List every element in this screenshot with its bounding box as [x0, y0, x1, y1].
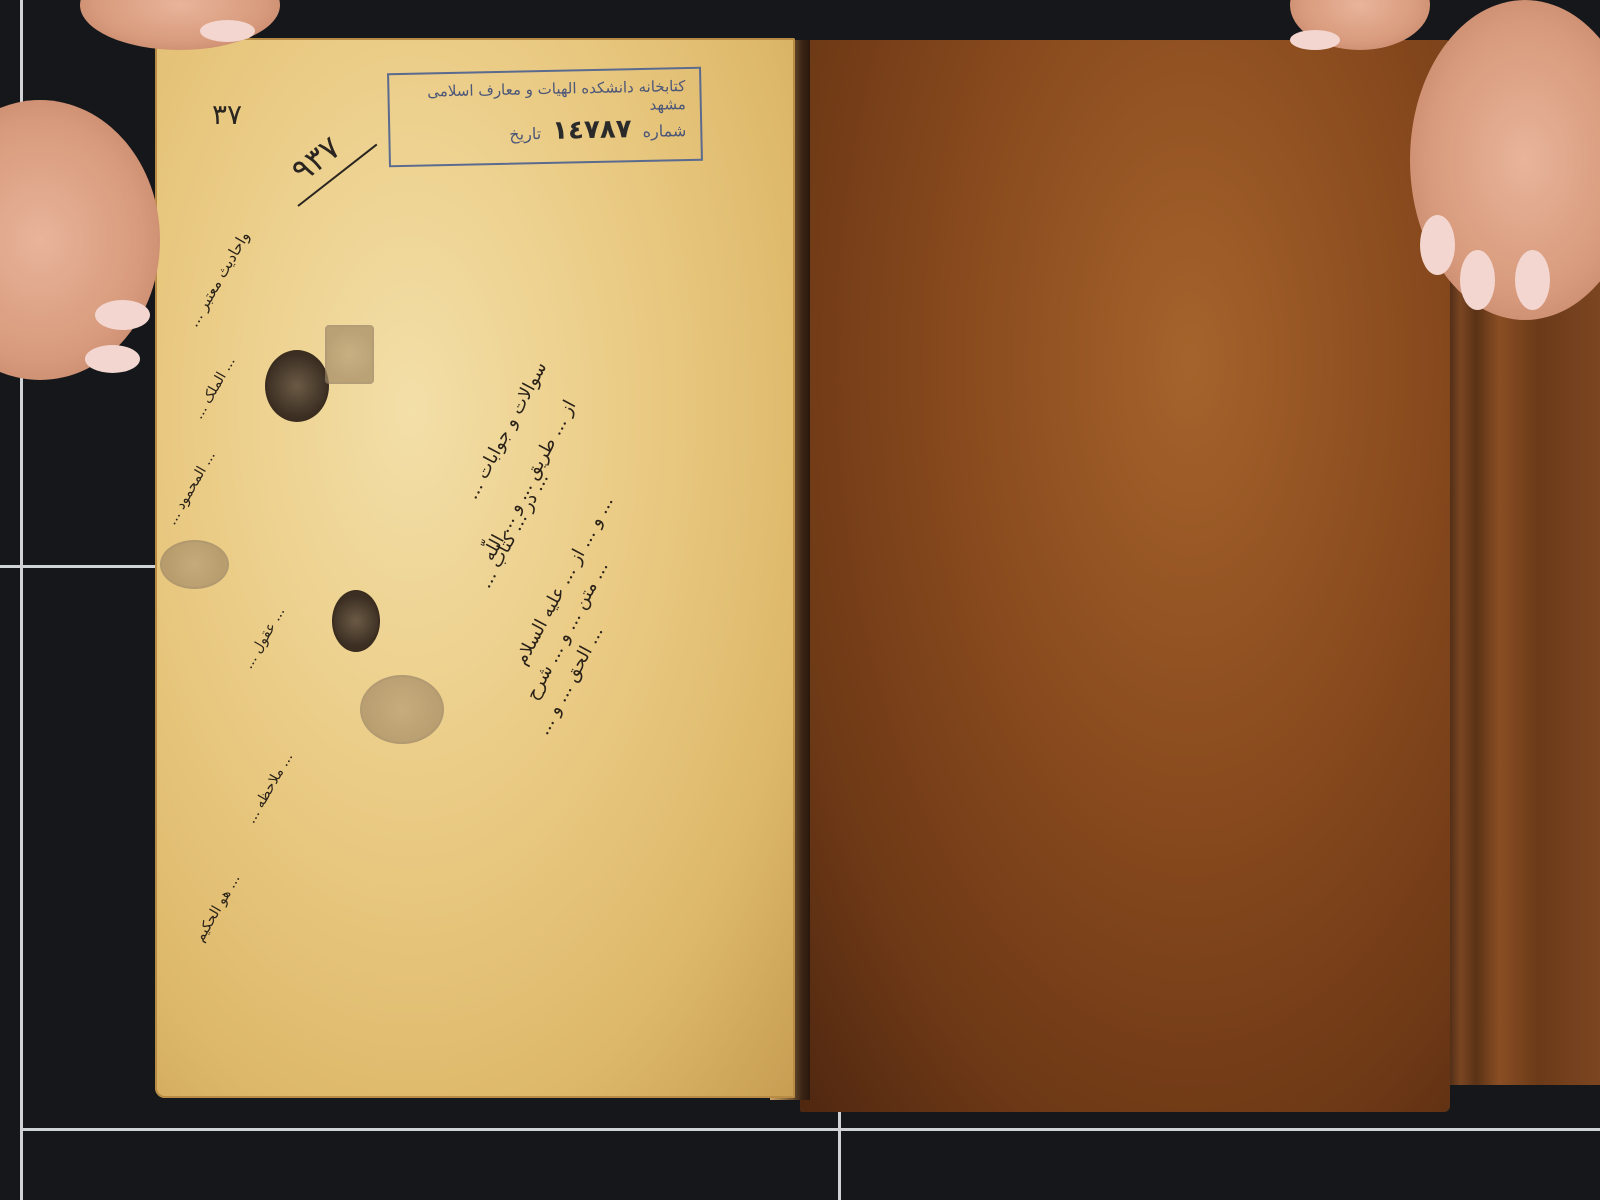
fingernail [200, 20, 255, 42]
corner-page-number: ۳۷ [212, 98, 242, 131]
stamp-number-line: شماره ١٤٧٨٧ تاریخ [509, 113, 687, 147]
seal-round-dark [332, 590, 380, 652]
fingernail [1460, 250, 1495, 310]
seal-round-faint [360, 675, 444, 744]
mat-gridline [838, 1100, 841, 1200]
stamp-library-name: کتابخانه دانشکده الهیات و معارف اسلامی م… [389, 77, 686, 119]
seal-square-faint [325, 325, 374, 384]
manuscript-flyleaf [155, 38, 795, 1098]
leather-inner-cover [800, 40, 1450, 1112]
stamp-number: ١٤٧٨٧ [552, 114, 632, 146]
fingernail [95, 300, 150, 330]
fingernail [85, 345, 140, 373]
fingernail [1515, 250, 1550, 310]
seal-oval-faint [160, 540, 229, 589]
mat-gridline [20, 1128, 1600, 1131]
stamp-date-label: تاریخ [509, 124, 541, 144]
stamp-number-label: شماره [642, 121, 686, 141]
library-stamp: کتابخانه دانشکده الهیات و معارف اسلامی م… [387, 67, 703, 168]
mat-gridline [0, 565, 155, 568]
fingernail [1420, 215, 1455, 275]
fingernail [1290, 30, 1340, 50]
seal-oval-dark [265, 350, 329, 422]
